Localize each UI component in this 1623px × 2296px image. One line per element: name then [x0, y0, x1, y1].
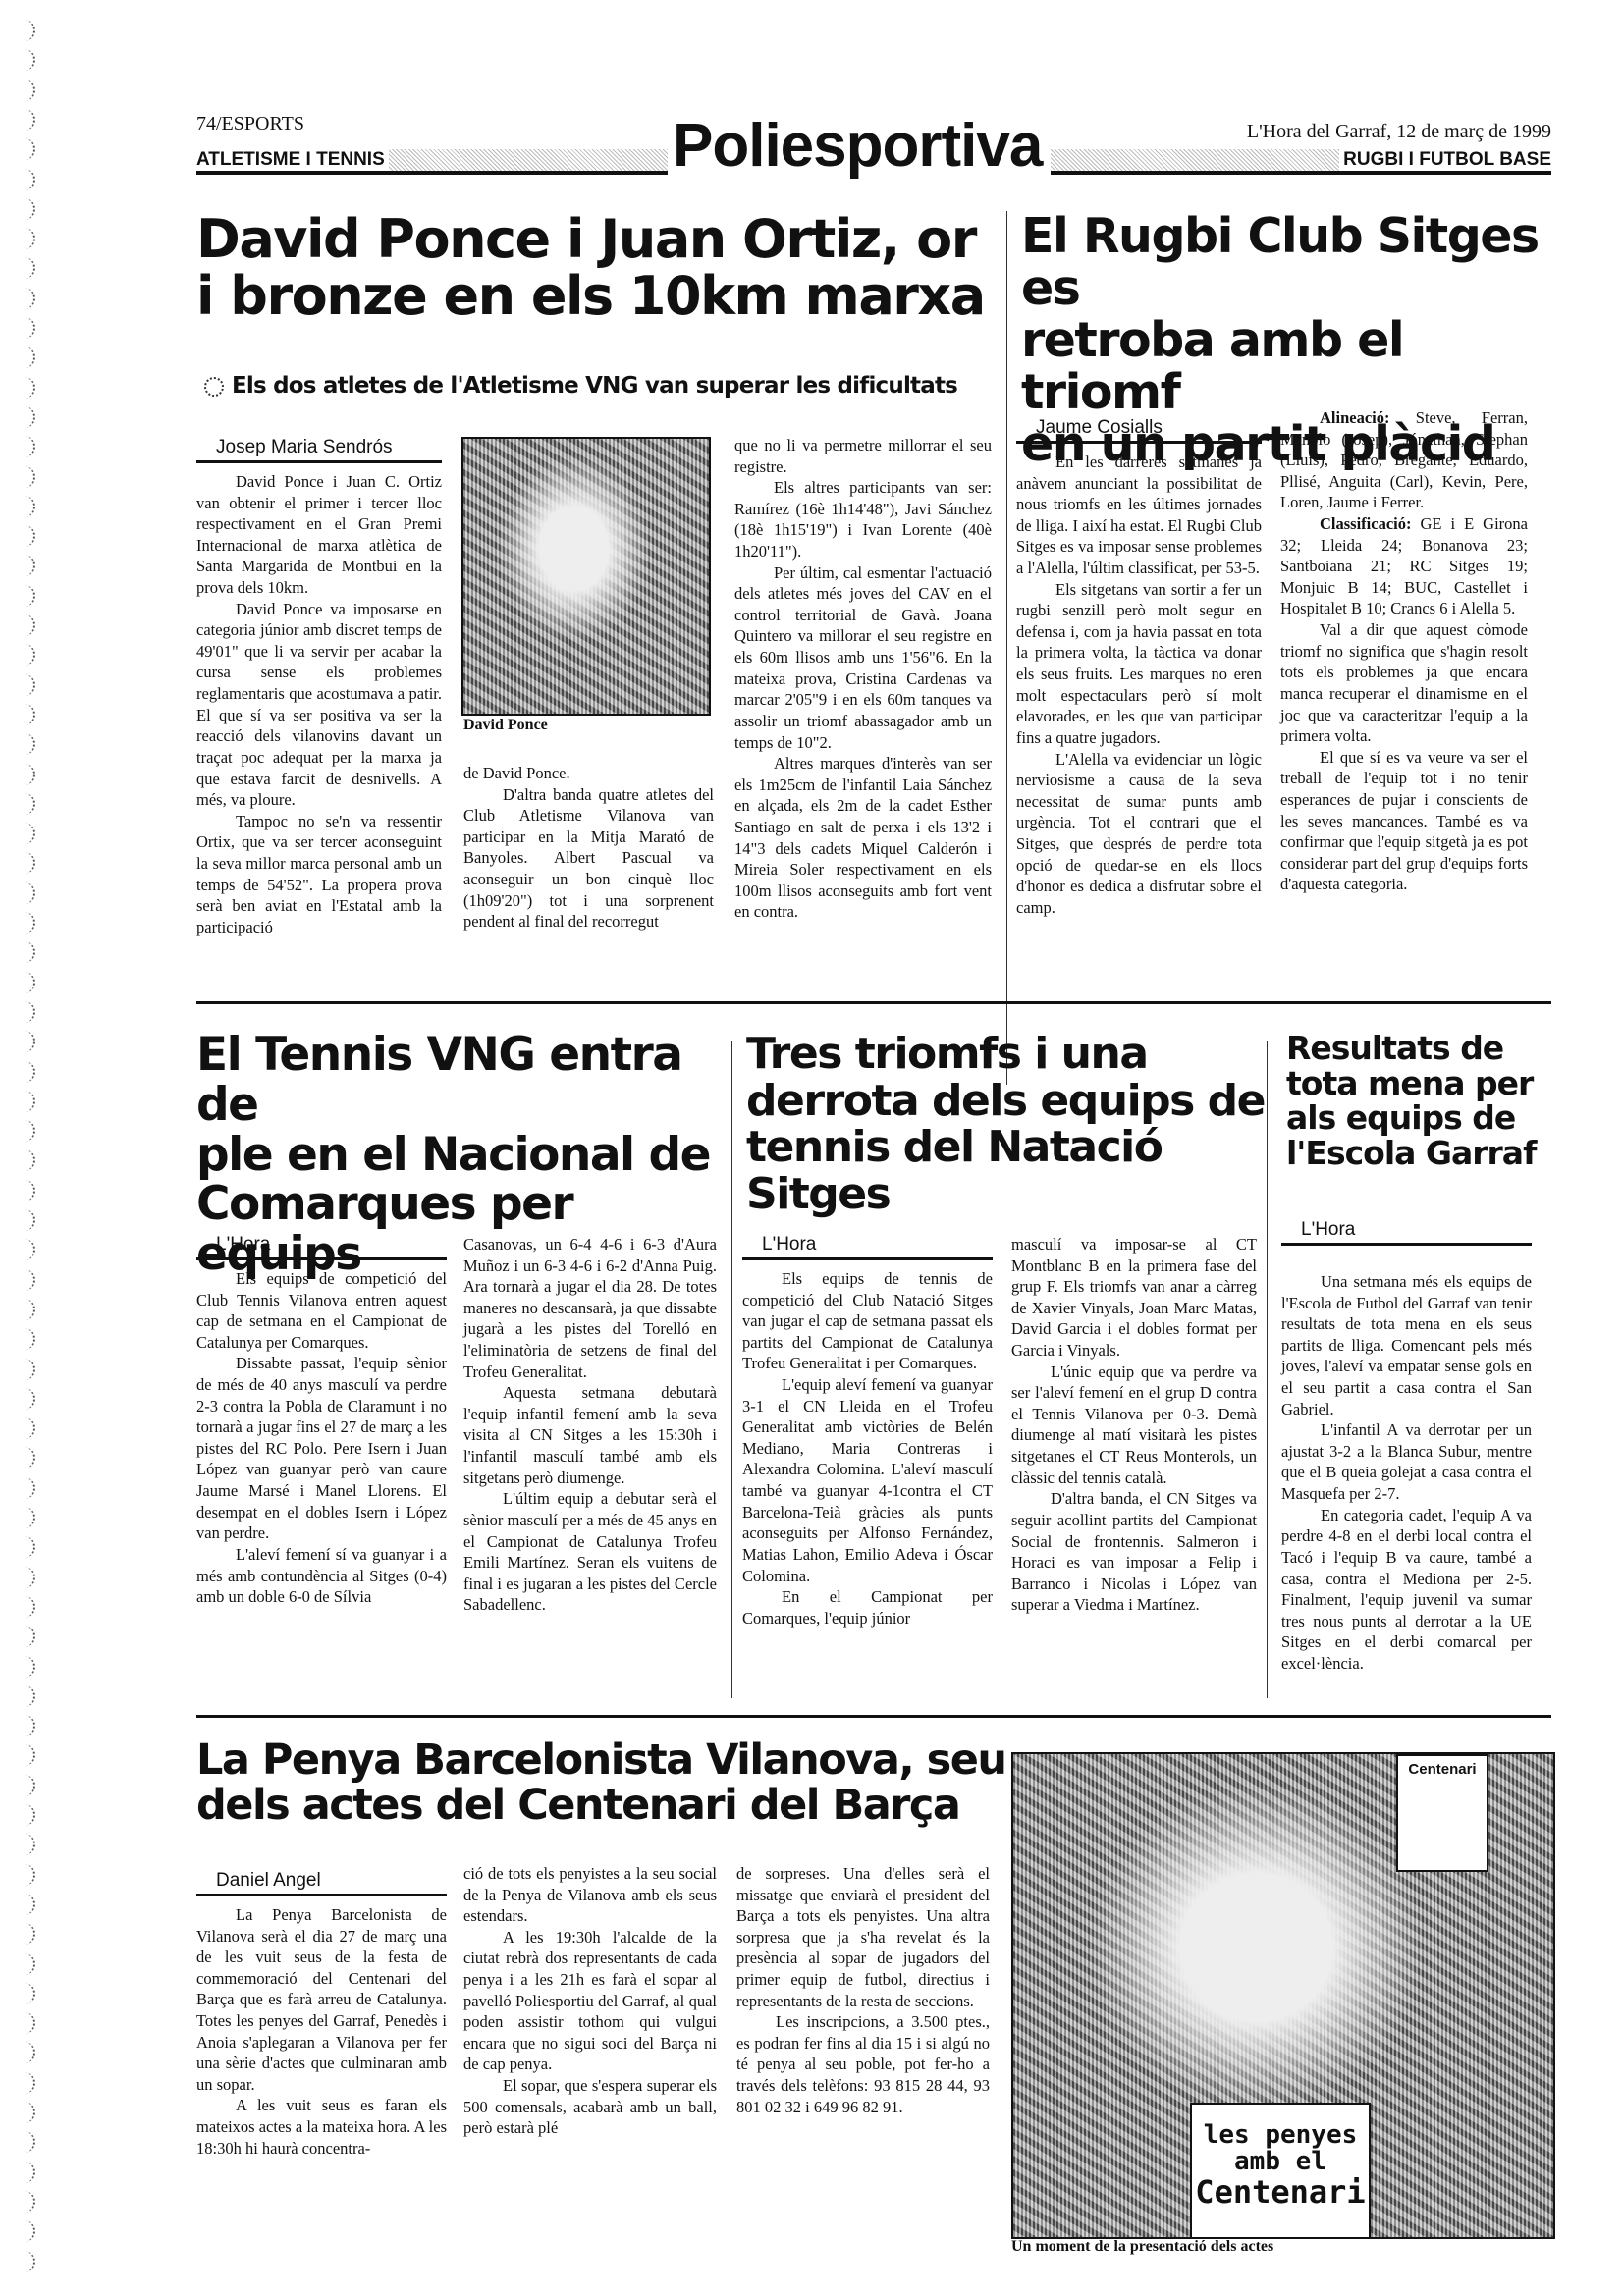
article-body: Els equips de competició del Club Tennis… — [196, 1268, 447, 1608]
tennis-natacio-headline: Tres triomfs i una derrota dels equips d… — [746, 1031, 1296, 1217]
paragraph: D'altra banda quatre atletes del Club At… — [463, 784, 714, 933]
binder-ring-icon — [18, 288, 35, 309]
binder-ring-icon — [18, 972, 35, 993]
binder-ring-icon — [18, 80, 35, 101]
masthead: 74/ESPORTS ATLETISME I TENNIS Poliesport… — [196, 113, 1551, 191]
headline-line: dels actes del Centenari del Barça — [196, 1783, 1031, 1828]
penya-column-3: de sorpreses. Una d'elles serà el missat… — [736, 1863, 990, 2117]
binder-ring-icon — [18, 1864, 35, 1886]
binder-ring-icon — [18, 1180, 35, 1201]
headline-line: derrota dels equips de — [746, 1078, 1296, 1125]
binder-holes — [8, 20, 47, 2277]
penya-column-2: ció de tots els penyistes a la seu socia… — [463, 1863, 717, 2139]
binder-ring-icon — [18, 852, 35, 874]
paragraph: Aquesta setmana debutarà l'equip infanti… — [463, 1382, 717, 1488]
byline: L'Hora — [742, 1234, 993, 1260]
paragraph: masculí va imposar-se al CT Montblanc B … — [1011, 1234, 1257, 1362]
section-title: Poliesportiva — [673, 111, 1042, 181]
headline-line: i bronze en els 10km marxa — [196, 268, 1011, 325]
binder-ring-icon — [18, 941, 35, 963]
column-divider — [1267, 1041, 1268, 1698]
binder-ring-icon — [18, 406, 35, 428]
lineup-text: Steve, Ferran, Manolo (Josep), Jónathan,… — [1280, 408, 1528, 511]
paragraph: David Ponce i Juan C. Ortiz van obtenir … — [196, 471, 442, 599]
photo-caption: David Ponce — [463, 717, 548, 734]
binder-ring-icon — [18, 1328, 35, 1350]
binder-ring-icon — [18, 585, 35, 607]
paragraph: En el Campionat per Comarques, l'equip j… — [742, 1586, 993, 1629]
headline-line: La Penya Barcelonista Vilanova, seu — [196, 1737, 1031, 1783]
binder-ring-icon — [18, 525, 35, 547]
paragraph: L'últim equip a debutar serà el sènior m… — [463, 1488, 717, 1616]
publication-date: L'Hora del Garraf, 12 de març de 1999 — [1247, 121, 1551, 143]
article-body: Una setmana més els equips de l'Escola d… — [1281, 1271, 1532, 1675]
paragraph: Val a dir que aquest còmode triomf no si… — [1280, 619, 1528, 747]
marxa-column-3: que no li va permetre millorrar el seu r… — [734, 435, 992, 923]
newspaper-page: 74/ESPORTS ATLETISME I TENNIS Poliesport… — [196, 113, 1551, 191]
sign-line: amb el — [1192, 2149, 1369, 2175]
byline: L'Hora — [196, 1234, 447, 1260]
article-body: La Penya Barcelonista de Vilanova serà e… — [196, 1904, 447, 2159]
byline: Jaume Cosialls — [1016, 417, 1262, 444]
binder-ring-icon — [18, 1567, 35, 1588]
byline: Daniel Angel — [196, 1870, 447, 1896]
binder-ring-icon — [18, 1120, 35, 1142]
paragraph: A les 19:30h l'alcalde de la ciutat rebr… — [463, 1927, 717, 2075]
section-divider — [196, 1001, 1551, 1004]
binder-ring-icon — [18, 1091, 35, 1112]
binder-ring-icon — [18, 644, 35, 666]
binder-ring-icon — [18, 764, 35, 785]
binder-ring-icon — [18, 733, 35, 755]
binder-ring-icon — [18, 1775, 35, 1796]
binder-ring-icon — [18, 1744, 35, 1766]
binder-ring-icon — [18, 2131, 35, 2153]
standings-label: Classificació: — [1320, 514, 1411, 533]
headline-line: tennis del Natació Sitges — [746, 1124, 1296, 1217]
escola-garraf-headline: Resultats de tota mena per als equips de… — [1286, 1031, 1551, 1171]
tennis-natacio-column-1: L'Hora Els equips de tennis de competici… — [742, 1234, 993, 1629]
paragraph: Dissabte passat, l'equip sènior de més d… — [196, 1353, 447, 1543]
paragraph: Els altres participants van ser: Ramírez… — [734, 477, 992, 561]
headline-line: Tres triomfs i una — [746, 1031, 1296, 1078]
binder-ring-icon — [18, 614, 35, 636]
headline-line: l'Escola Garraf — [1286, 1136, 1551, 1171]
binder-ring-icon — [18, 317, 35, 339]
marxa-column-2: de David Ponce. D'altra banda quatre atl… — [463, 763, 714, 933]
marxa-subheadline: Els dos atletes de l'Atletisme VNG van s… — [204, 373, 1009, 399]
binder-ring-icon — [18, 2042, 35, 2063]
binder-ring-icon — [18, 2072, 35, 2094]
paragraph: El sopar, que s'espera superar els 500 c… — [463, 2075, 717, 2139]
binder-ring-icon — [18, 1894, 35, 1915]
paragraph: El que sí es va veure va ser el treball … — [1280, 747, 1528, 895]
escola-garraf-column: L'Hora Una setmana més els equips de l'E… — [1281, 1219, 1532, 1675]
section-label-left: ATLETISME I TENNIS — [196, 149, 389, 171]
sign-line: Centenari — [1192, 2176, 1369, 2210]
paragraph: L'Alella va evidenciar un lògic nerviosi… — [1016, 749, 1262, 919]
binder-ring-icon — [18, 2251, 35, 2272]
lineup: Alineació: Steve, Ferran, Manolo (Josep)… — [1280, 407, 1528, 513]
binder-ring-icon — [18, 1359, 35, 1380]
byline: L'Hora — [1281, 1219, 1532, 1246]
binder-ring-icon — [18, 1388, 35, 1410]
section-divider — [196, 1715, 1551, 1718]
binder-ring-icon — [18, 674, 35, 696]
binder-ring-icon — [18, 198, 35, 220]
byline: Josep Maria Sendrós — [196, 437, 442, 463]
marxa-column-1: Josep Maria Sendrós David Ponce i Juan C… — [196, 437, 442, 937]
binder-ring-icon — [18, 1507, 35, 1528]
binder-ring-icon — [18, 1953, 35, 1975]
binder-ring-icon — [18, 1685, 35, 1707]
paragraph: ció de tots els penyistes a la seu socia… — [463, 1863, 717, 1927]
paragraph: Per últim, cal esmentar l'actuació dels … — [734, 562, 992, 753]
binder-ring-icon — [18, 1417, 35, 1439]
tennis-vng-column-2: Casanovas, un 6-4 4-6 i 6-3 d'Aura Muñoz… — [463, 1234, 717, 1616]
binder-ring-icon — [18, 1923, 35, 1945]
paragraph: Altres marques d'interès van ser els 1m2… — [734, 753, 992, 923]
binder-ring-icon — [18, 169, 35, 190]
column-divider — [731, 1041, 732, 1698]
binder-ring-icon — [18, 1626, 35, 1647]
banner-text: Centenari — [1408, 1761, 1476, 1778]
photo-presentacio: Centenari les penyes amb el Centenari — [1011, 1752, 1555, 2239]
binder-ring-icon — [18, 2162, 35, 2183]
paragraph: D'altra banda, el CN Sitges va seguir ac… — [1011, 1488, 1257, 1616]
binder-ring-icon — [18, 1477, 35, 1499]
paragraph: Els equips de tennis de competició del C… — [742, 1268, 993, 1374]
photo-david-ponce — [461, 437, 711, 716]
paragraph: A les vuit seus es faran els mateixos ac… — [196, 2095, 447, 2159]
section-label-right: RUGBI I FUTBOL BASE — [1339, 149, 1551, 171]
binder-ring-icon — [18, 1269, 35, 1291]
binder-ring-icon — [18, 138, 35, 160]
banner-centenari: Centenari — [1396, 1754, 1488, 1872]
binder-ring-icon — [18, 377, 35, 399]
paragraph: Els equips de competició del Club Tennis… — [196, 1268, 447, 1353]
binder-ring-icon — [18, 228, 35, 249]
photo-caption: Un moment de la presentació dels actes — [1011, 2238, 1273, 2256]
binder-ring-icon — [18, 1001, 35, 1023]
binder-ring-icon — [18, 1834, 35, 1855]
binder-ring-icon — [18, 882, 35, 904]
binder-ring-icon — [18, 2102, 35, 2123]
article-body: David Ponce i Juan C. Ortiz van obtenir … — [196, 471, 442, 937]
penya-column-1: Daniel Angel La Penya Barcelonista de Vi… — [196, 1870, 447, 2159]
binder-ring-icon — [18, 20, 35, 41]
paragraph: L'infantil A va derrotar per un ajustat … — [1281, 1419, 1532, 1504]
binder-ring-icon — [18, 1447, 35, 1468]
binder-ring-icon — [18, 793, 35, 815]
binder-ring-icon — [18, 49, 35, 71]
paragraph: de David Ponce. — [463, 763, 714, 784]
binder-ring-icon — [18, 1061, 35, 1083]
marxa-headline: David Ponce i Juan Ortiz, or i bronze en… — [196, 211, 1011, 326]
binder-ring-icon — [18, 109, 35, 131]
binder-ring-icon — [18, 347, 35, 368]
headline-line: tota mena per — [1286, 1066, 1551, 1101]
binder-ring-icon — [18, 1656, 35, 1678]
column-divider — [1006, 211, 1007, 1085]
binder-ring-icon — [18, 2191, 35, 2213]
headline-line: retroba amb el triomf — [1021, 315, 1551, 419]
standings: Classificació: GE i E Girona 32; Lleida … — [1280, 513, 1528, 619]
binder-ring-icon — [18, 1596, 35, 1618]
headline-line: Resultats de — [1286, 1031, 1551, 1066]
binder-ring-icon — [18, 257, 35, 279]
paragraph: Les inscripcions, a 3.500 ptes., es podr… — [736, 2011, 990, 2117]
paragraph: L'únic equip que va perdre va ser l'alev… — [1011, 1362, 1257, 1489]
rugbi-column-2: Alineació: Steve, Ferran, Manolo (Josep)… — [1280, 407, 1528, 895]
headline-line: David Ponce i Juan Ortiz, or — [196, 211, 1011, 268]
headline-line: El Rugbi Club Sitges es — [1021, 211, 1551, 315]
binder-ring-icon — [18, 496, 35, 517]
penya-headline: La Penya Barcelonista Vilanova, seu dels… — [196, 1737, 1031, 1829]
lineup-label: Alineació: — [1320, 408, 1390, 427]
page-number: 74/ESPORTS — [196, 113, 304, 135]
tennis-natacio-column-2: masculí va imposar-se al CT Montblanc B … — [1011, 1234, 1257, 1616]
subheadline-text: Els dos atletes de l'Atletisme VNG van s… — [232, 373, 957, 399]
binder-ring-icon — [18, 555, 35, 576]
rugbi-column-1: Jaume Cosialls En les darreres setmanes … — [1016, 417, 1262, 918]
table-sign: les penyes amb el Centenari — [1190, 2103, 1371, 2239]
paragraph: Una setmana més els equips de l'Escola d… — [1281, 1271, 1532, 1419]
paragraph: que no li va permetre millorrar el seu r… — [734, 435, 992, 477]
article-body: En les darreres setmanes ja anàvem anunc… — [1016, 452, 1262, 918]
paragraph: David Ponce va imposarse en categoria jú… — [196, 599, 442, 811]
binder-ring-icon — [18, 466, 35, 488]
binder-ring-icon — [18, 1299, 35, 1320]
binder-ring-icon — [18, 2012, 35, 2034]
binder-ring-icon — [18, 912, 35, 934]
article-body: Els equips de tennis de competició del C… — [742, 1268, 993, 1629]
binder-ring-icon — [18, 1209, 35, 1231]
tennis-vng-column-1: L'Hora Els equips de competició del Club… — [196, 1234, 447, 1608]
paragraph: Casanovas, un 6-4 4-6 i 6-3 d'Aura Muñoz… — [463, 1234, 717, 1382]
binder-ring-icon — [18, 1715, 35, 1736]
headline-line: als equips de — [1286, 1100, 1551, 1136]
paragraph: de sorpreses. Una d'elles serà el missat… — [736, 1863, 990, 2011]
paragraph: La Penya Barcelonista de Vilanova serà e… — [196, 1904, 447, 2095]
paragraph: En categoria cadet, l'equip A va perdre … — [1281, 1505, 1532, 1675]
headline-line: El Tennis VNG entra de — [196, 1031, 727, 1131]
paragraph: L'equip aleví femení va guanyar 3-1 el C… — [742, 1374, 993, 1586]
binder-ring-icon — [18, 1804, 35, 1826]
paragraph: Els sitgetans van sortir a fer un rugbi … — [1016, 579, 1262, 749]
binder-ring-icon — [18, 823, 35, 844]
binder-ring-icon — [18, 1031, 35, 1052]
binder-ring-icon — [18, 2220, 35, 2242]
binder-ring-icon — [18, 436, 35, 457]
binder-ring-icon — [18, 1149, 35, 1171]
paragraph: En les darreres setmanes ja anàvem anunc… — [1016, 452, 1262, 579]
headline-line: ple en el Nacional de — [196, 1131, 727, 1181]
sign-line: les penyes — [1192, 2122, 1369, 2149]
binder-ring-icon — [18, 1536, 35, 1558]
paragraph: L'aleví femení sí va guanyar i a més amb… — [196, 1544, 447, 1608]
binder-ring-icon — [18, 1239, 35, 1260]
paragraph: Tampoc no se'n va ressentir Ortix, que v… — [196, 811, 442, 938]
bullet-icon — [204, 377, 224, 397]
binder-ring-icon — [18, 1983, 35, 2004]
binder-ring-icon — [18, 704, 35, 725]
